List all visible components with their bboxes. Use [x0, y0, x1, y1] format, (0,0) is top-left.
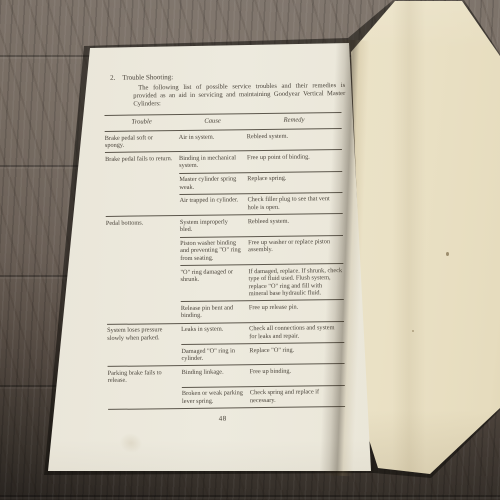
section-title: Trouble Shooting: [122, 73, 173, 82]
table-row: Broken or weak parking lever spring. Che… [108, 386, 345, 409]
column-header-cause: Cause [179, 117, 247, 126]
paper-speck [412, 330, 414, 332]
table-row: Pedal bottoms. System improperly bled. R… [106, 214, 343, 237]
table-row: Master cylinder spring weak. Replace spr… [105, 172, 342, 195]
table-row: Release pin bent and binding. Free up re… [107, 300, 344, 323]
column-header-remedy: Remedy [247, 116, 342, 125]
cause-cell: Binding linkage. [182, 366, 250, 387]
cause-cell: "O" ring damaged or shrunk. [180, 265, 248, 301]
cause-cell: Leaks in system. [181, 323, 249, 344]
table-row: Piston washer binding and preventing "O"… [106, 236, 343, 267]
table-row: Parking brake fails to release. Binding … [108, 364, 345, 387]
cause-cell: Master cylinder spring weak. [179, 173, 247, 194]
page-content: 2.Trouble Shooting: The following list o… [100, 71, 352, 424]
cause-cell: Release pin bent and binding. [181, 302, 249, 323]
cause-cell: Broken or weak parking lever spring. [182, 387, 250, 408]
table-row: Brake pedal soft or spongy. Air in syste… [105, 129, 342, 152]
table-row: Air trapped in cylinder. Check filler pl… [105, 193, 342, 216]
trouble-cell [105, 195, 179, 216]
table-row: "O" ring damaged or shrunk. If damaged, … [106, 264, 343, 302]
trouble-cell: System loses pressure slowly when parked… [107, 324, 181, 345]
remedy-cell: Rebleed system. [247, 129, 342, 150]
page-number: 48 [104, 413, 341, 424]
trouble-cell [106, 266, 180, 302]
trouble-cell: Pedal bottoms. [106, 216, 180, 237]
trouble-cell: Parking brake fails to release. [108, 366, 182, 387]
page-crease [392, 0, 426, 480]
paper-stain [113, 427, 148, 459]
trouble-cell [105, 174, 179, 195]
cause-cell: Binding in mechanical system. [179, 152, 247, 173]
trouble-cell: Brake pedal fails to return. [105, 152, 179, 173]
trouble-cell [107, 302, 181, 323]
section-heading: 2.Trouble Shooting: [110, 71, 348, 82]
cause-cell: Damaged "O" ring in cylinder. [181, 344, 249, 365]
troubleshooting-table: Trouble Cause Remedy Brake pedal soft or… [105, 112, 346, 410]
table-row: System loses pressure slowly when parked… [107, 322, 344, 345]
paper-speck [446, 252, 449, 256]
intro-paragraph: The following list of possible service t… [133, 82, 345, 109]
trouble-cell [107, 345, 181, 366]
table-row: Brake pedal fails to return. Binding in … [105, 150, 342, 173]
trouble-cell [106, 238, 180, 267]
trouble-cell [108, 388, 182, 409]
remedy-cell: Replace spring. [247, 172, 342, 193]
cause-cell: Piston washer binding and preventing "O"… [180, 237, 248, 266]
cause-cell: Air trapped in cylinder. [179, 194, 247, 215]
cause-cell: Air in system. [179, 130, 247, 151]
section-number: 2. [110, 74, 115, 82]
table-row: Damaged "O" ring in cylinder. Replace "O… [107, 343, 344, 366]
cause-cell: System improperly bled. [180, 215, 248, 236]
column-header-trouble: Trouble [105, 118, 179, 127]
trouble-cell: Brake pedal soft or spongy. [105, 131, 179, 152]
photo-scene: 2.Trouble Shooting: The following list o… [0, 0, 500, 500]
remedy-cell: Free up point of binding. [247, 150, 342, 171]
